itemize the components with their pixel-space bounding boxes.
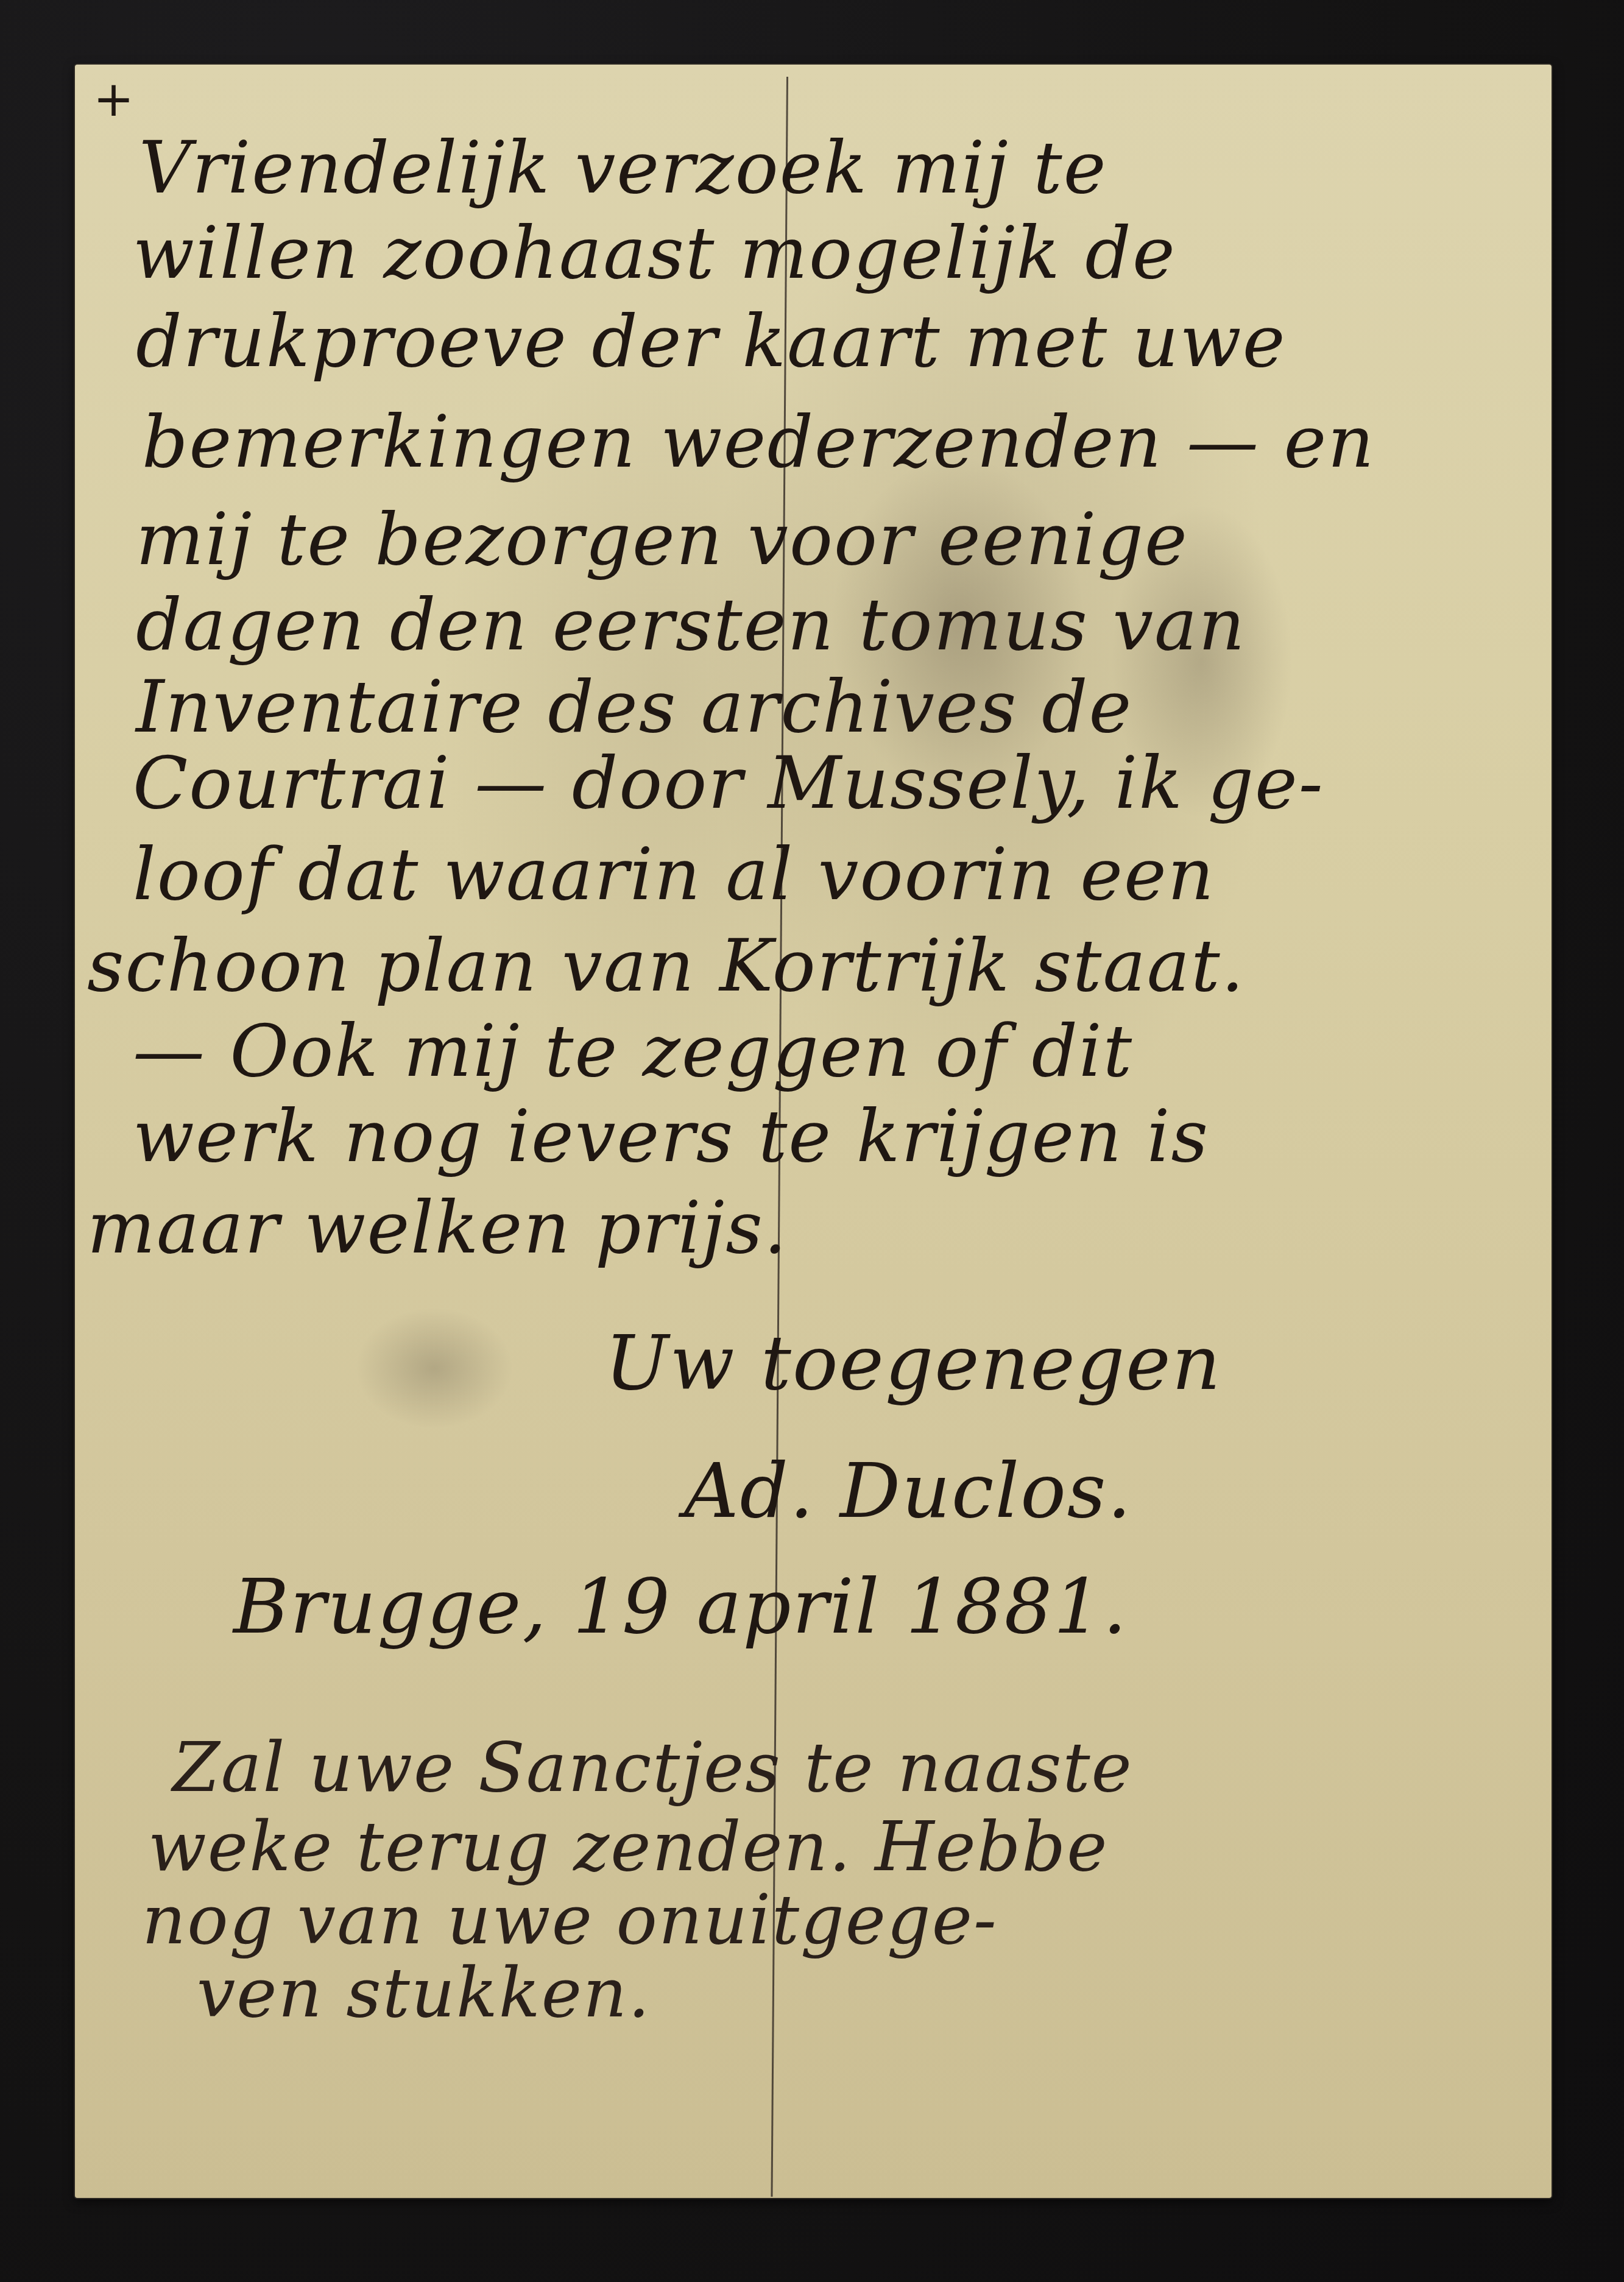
postscript-line: weke terug zenden. Hebbe <box>148 1813 1109 1881</box>
ink-smudge <box>355 1307 514 1429</box>
postcard: + Vriendelijk verzoek mij te willen zooh… <box>75 65 1552 2198</box>
body-line: — Ook mij te zeggen of dit <box>133 1015 1133 1087</box>
body-line: Vriendelijk verzoek mij te <box>139 132 1107 203</box>
closing-salutation: Uw toegenegen <box>605 1326 1222 1401</box>
body-line: schoon plan van Kortrijk staat. <box>87 930 1245 1001</box>
body-line: bemerkingen wederzenden — en <box>142 406 1375 478</box>
place-and-date: Brugge, 19 april 1881. <box>233 1569 1128 1645</box>
body-line: Courtrai — door Mussely, ik ge- <box>133 747 1324 819</box>
body-line: Inventaire des archives de <box>136 671 1132 743</box>
cross-mark: + <box>93 71 134 127</box>
postscript-line: Zal uwe Sanctjes te naaste <box>172 1734 1133 1802</box>
body-line: mij te bezorgen voor eenige <box>136 503 1188 575</box>
body-line: loof dat waarin al voorin een <box>133 838 1215 910</box>
body-line: dagen den eersten tomus van <box>136 588 1246 660</box>
signature: Ad. Duclos. <box>684 1454 1132 1529</box>
body-line: drukproeve der kaart met uwe <box>136 305 1287 377</box>
body-line: werk nog ievers te krijgen is <box>133 1100 1209 1172</box>
body-line: willen zoohaast mogelijk de <box>133 217 1176 289</box>
postscript-line: ven stukken. <box>197 1959 651 2027</box>
body-line: maar welken prijs. <box>87 1192 788 1263</box>
postscript-line: nog van uwe onuitgege- <box>142 1886 998 1954</box>
